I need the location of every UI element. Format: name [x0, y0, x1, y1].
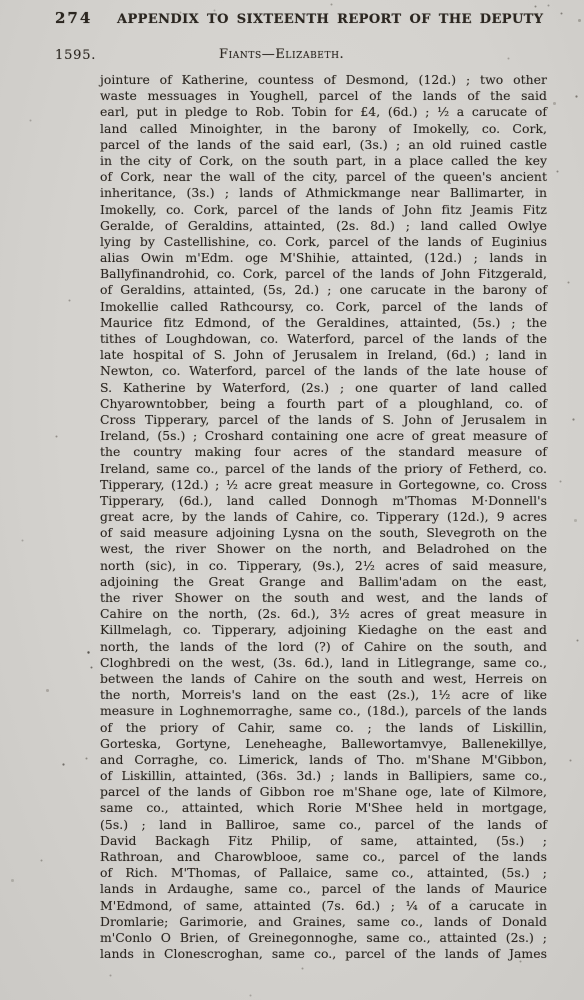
body-line: the north, Morreis's land on the east (2… [100, 687, 547, 703]
body-line: lands in Ardaughe, same co., parcel of t… [100, 881, 547, 897]
body-line: great acre, by the lands of Cahire, co. … [100, 509, 547, 525]
body-line: S. Katherine by Waterford, (2s.) ; one q… [100, 380, 547, 396]
body-line: between the lands of Cahire on the south… [100, 671, 547, 687]
body-line: Imokellie called Rathcoursy, co. Cork, p… [100, 299, 547, 315]
running-title: APPENDIX TO SIXTEENTH REPORT OF THE DEPU… [117, 12, 543, 27]
body-line: Gorteska, Gortyne, Leneheaghe, Ballewort… [100, 736, 547, 752]
body-line: the river Shower on the south and west, … [100, 590, 547, 606]
body-line: of Geraldins, attainted, (5s, 2d.) ; one… [100, 282, 547, 298]
body-line: of said measure adjoining Lysna on the s… [100, 525, 547, 541]
body-line: jointure of Katherine, countess of Desmo… [100, 72, 547, 88]
body-line: Newton, co. Waterford, parcel of the lan… [100, 363, 547, 379]
body-line: lying by Castellishine, co. Cork, parcel… [100, 234, 547, 250]
body-line: the country making four acres of the sta… [100, 444, 547, 460]
body-text: jointure of Katherine, countess of Desmo… [100, 72, 547, 962]
body-line: parcel of the lands of Gibbon roe m'Shan… [100, 784, 547, 800]
section-heading: Fiants—Elizabeth. [219, 47, 344, 62]
body-line: Rathroan, and Charowblooe, same co., par… [100, 849, 547, 865]
body-line: land called Minoighter, in the barony of… [100, 121, 547, 137]
body-line: adjoining the Great Grange and Ballim'ad… [100, 574, 547, 590]
body-line: of Liskillin, attainted, (36s. 3d.) ; la… [100, 768, 547, 784]
body-line: late hospital of S. John of Jerusalem in… [100, 347, 547, 363]
body-line: north, the lands of the lord (?) of Cahi… [100, 639, 547, 655]
body-line: earl, put in pledge to Rob. Tobin for £4… [100, 104, 547, 120]
body-line: (5s.) ; land in Balliroe, same co., parc… [100, 817, 547, 833]
page-number: 274 [55, 9, 92, 27]
margin-year: 1595. [55, 48, 96, 63]
body-line: and Corraghe, co. Limerick, lands of Tho… [100, 752, 547, 768]
body-line: alias Owin m'Edm. oge M'Shihie, attainte… [100, 250, 547, 266]
body-line: Tipperary, (12d.) ; ½ acre great measure… [100, 477, 547, 493]
body-line: parcel of the lands of the said earl, (3… [100, 137, 547, 153]
body-line: same co., attainted, which Rorie M'Shee … [100, 800, 547, 816]
body-line: David Backagh Fitz Philip, of same, atta… [100, 833, 547, 849]
body-line: Ireland, same co., parcel of the lands o… [100, 461, 547, 477]
body-line: Ballyfinandrohid, co. Cork, parcel of th… [100, 266, 547, 282]
scan-noise-smudges [0, 0, 1, 1]
body-line: north (sic), in co. Tipperary, (9s.), 2½… [100, 558, 547, 574]
body-line: Killmelagh, co. Tipperary, adjoining Kie… [100, 622, 547, 638]
body-line: of Cork, near the wall of the city, parc… [100, 169, 547, 185]
body-line: m'Conlo O Brien, of Greinegonnoghe, same… [100, 930, 547, 946]
body-line: Maurice fitz Edmond, of the Geraldines, … [100, 315, 547, 331]
body-line: of Rich. M'Thomas, of Pallaice, same co.… [100, 865, 547, 881]
body-line: M'Edmond, of same, attainted (7s. 6d.) ;… [100, 898, 547, 914]
body-line: waste messuages in Youghell, parcel of t… [100, 88, 547, 104]
body-line: Ireland, (5s.) ; Croshard containing one… [100, 428, 547, 444]
body-line: in the city of Cork, on the south part, … [100, 153, 547, 169]
body-line: Geralde, of Geraldins, attainted, (2s. 8… [100, 218, 547, 234]
body-line: west, the river Shower on the north, and… [100, 541, 547, 557]
body-line: lands in Clonescroghan, same co., parcel… [100, 946, 547, 962]
body-line: measure in Loghnemorraghe, same co., (18… [100, 703, 547, 719]
body-line: Cloghbredi on the west, (3s. 6d.), land … [100, 655, 547, 671]
body-line: of the priory of Cahir, same co. ; the l… [100, 720, 547, 736]
body-line: inheritance, (3s.) ; lands of Athmickman… [100, 185, 547, 201]
scanned-book-page: 274 APPENDIX TO SIXTEENTH REPORT OF THE … [0, 0, 584, 1000]
body-line: Cahire on the north, (2s. 6d.), 3½ acres… [100, 606, 547, 622]
body-line: Chyarowntobber, being a fourth part of a… [100, 396, 547, 412]
body-line: Tipperary, (6d.), land called Donnogh m'… [100, 493, 547, 509]
body-line: Imokelly, co. Cork, parcel of the lands … [100, 202, 547, 218]
body-line: tithes of Loughdowan, co. Waterford, par… [100, 331, 547, 347]
body-line: Cross Tipperary, parcel of the lands of … [100, 412, 547, 428]
body-line: Dromlarie; Garimorie, and Graines, same … [100, 914, 547, 930]
